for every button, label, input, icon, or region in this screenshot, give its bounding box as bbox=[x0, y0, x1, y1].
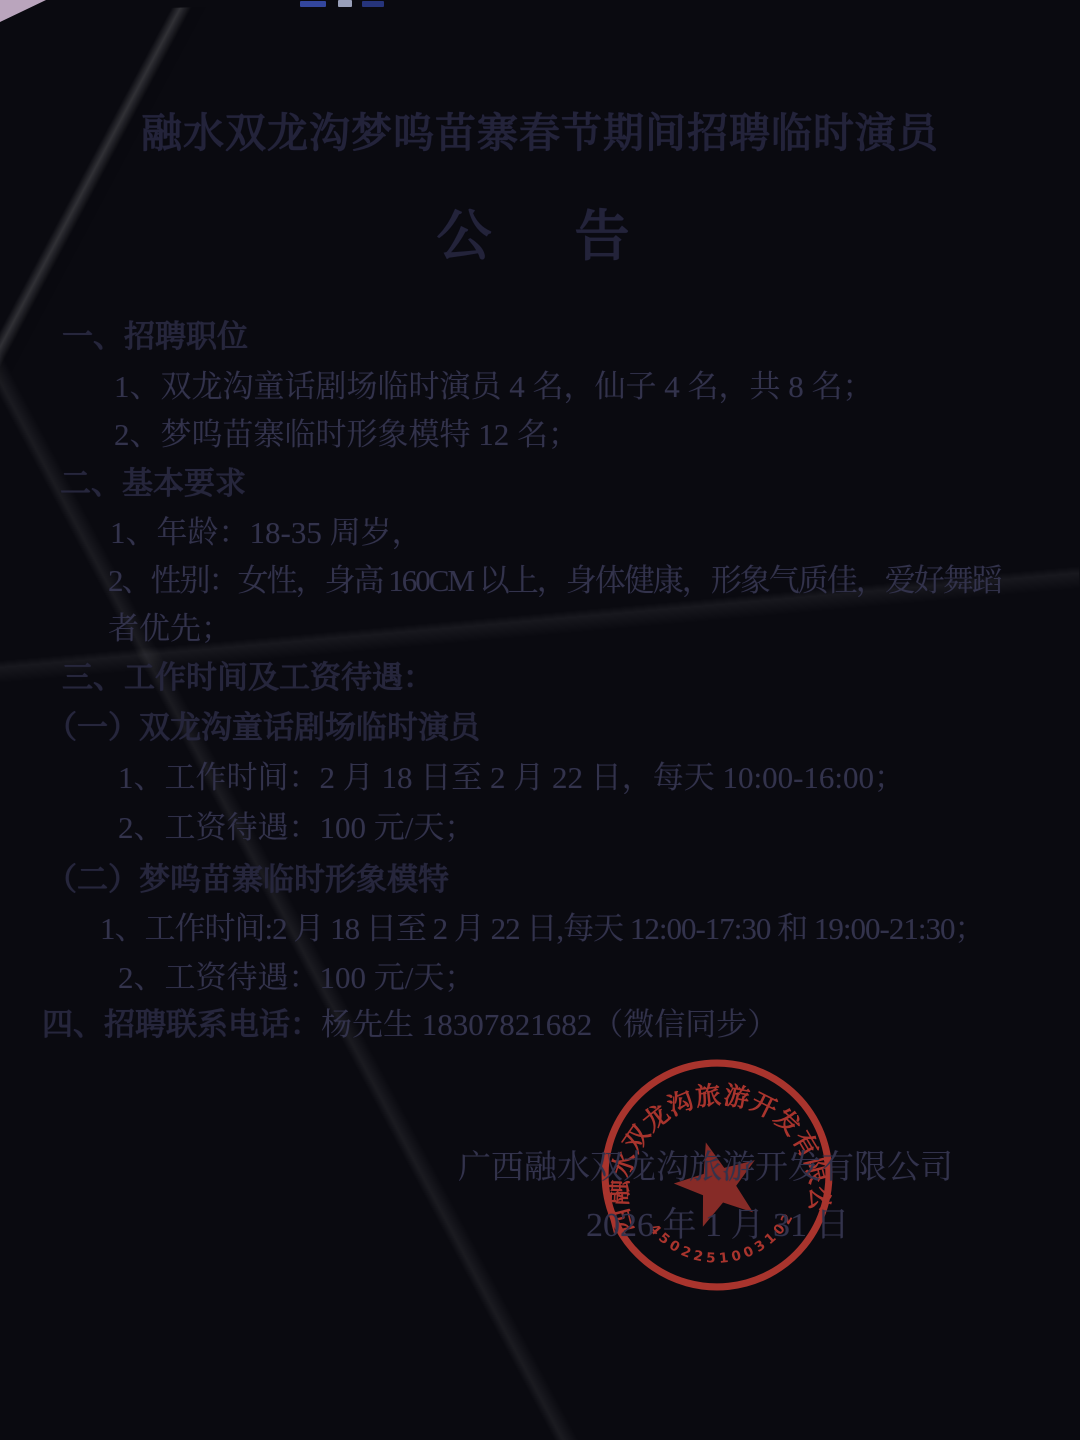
section-3-sub-2-item-1: 1、工作时间:2 月 18 日至 2 月 22 日,每天 12:00-17:30… bbox=[100, 903, 984, 948]
signature-date: 2026 年 1 月 31 日 bbox=[586, 1197, 850, 1246]
section-3-sub-1-item-2: 2、工资待遇：100 元/天； bbox=[118, 802, 475, 847]
section-1-heading: 一、招聘职位 bbox=[62, 311, 248, 356]
section-2-item-2-wrap: 者优先； bbox=[108, 603, 232, 648]
section-2-item-2: 2、性别：女性，身高 160CM 以上，身体健康，形象气质佳，爱好舞蹈 bbox=[108, 555, 1001, 600]
section-3-sub-1-heading: （一）双龙沟童话剧场临时演员 bbox=[46, 702, 480, 747]
document-subtitle: 公 告 bbox=[0, 192, 1080, 271]
section-2-item-1: 1、年龄：18-35 周岁， bbox=[110, 507, 423, 552]
section-1-item-2: 2、梦呜苗寨临时形象模特 12 名； bbox=[114, 409, 579, 454]
document-title: 融水双龙沟梦呜苗寨春节期间招聘临时演员 bbox=[0, 100, 1080, 159]
contact-phone: 杨先生 18307821682（微信同步） bbox=[321, 1007, 778, 1042]
section-3-heading: 三、工作时间及工资待遇： bbox=[62, 652, 434, 697]
section-4-heading: 四、招聘联系电话： bbox=[42, 1007, 321, 1042]
section-3-sub-2-item-2: 2、工资待遇：100 元/天； bbox=[118, 952, 475, 997]
section-2-heading: 二、基本要求 bbox=[60, 458, 246, 503]
section-3-sub-1-item-1: 1、工作时间：2 月 18 日至 2 月 22 日，每天 10:00-16:00… bbox=[118, 752, 905, 797]
signature-company: 广西融水双龙沟旅游开发有限公司 bbox=[458, 1141, 953, 1188]
photo-of-announcement: 融水双龙沟梦呜苗寨春节期间招聘临时演员 公 告 一、招聘职位 1、双龙沟童话剧场… bbox=[0, 0, 1080, 1440]
section-4-line: 四、招聘联系电话：杨先生 18307821682（微信同步） bbox=[42, 999, 778, 1044]
announcement-paper: 融水双龙沟梦呜苗寨春节期间招聘临时演员 公 告 一、招聘职位 1、双龙沟童话剧场… bbox=[0, 0, 1080, 1440]
section-1-item-1: 1、双龙沟童话剧场临时演员 4 名，仙子 4 名，共 8 名； bbox=[114, 361, 874, 406]
section-3-sub-2-heading: （二）梦呜苗寨临时形象模特 bbox=[46, 854, 449, 899]
